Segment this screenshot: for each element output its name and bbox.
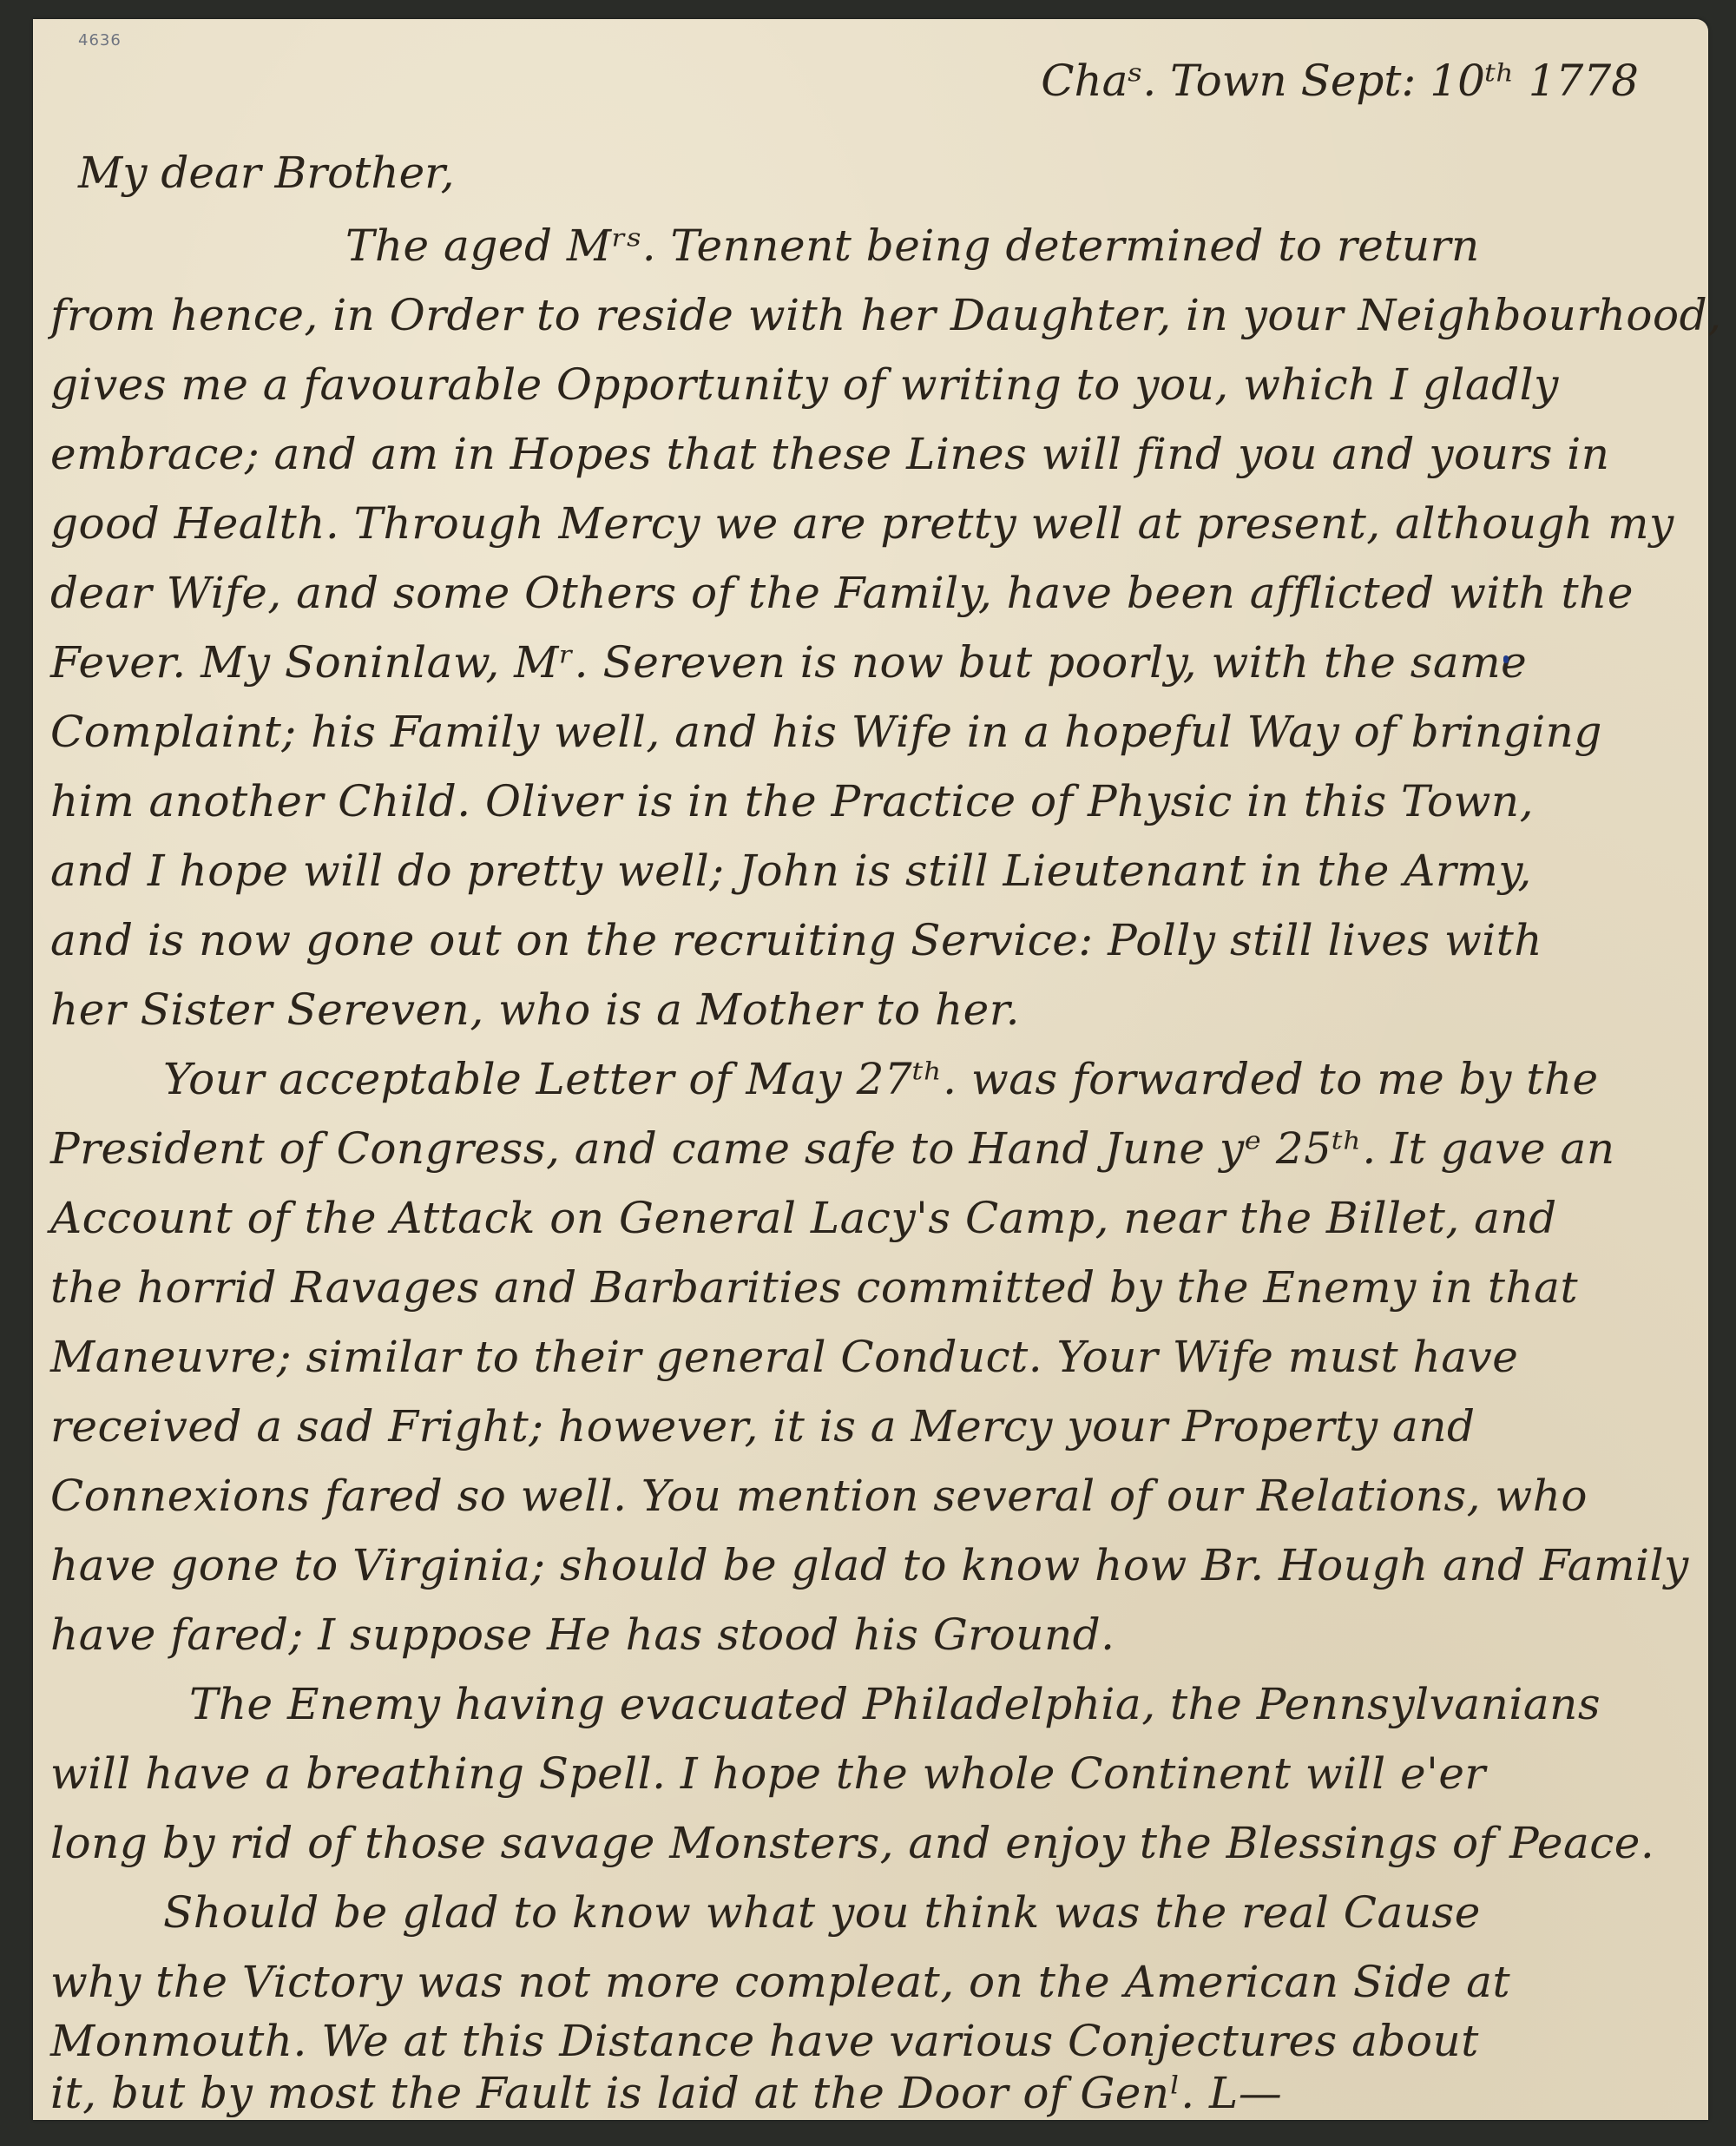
letter-line: from hence, in Order to reside with her … [50,290,1722,340]
letter-line: good Health. Through Mercy we are pretty… [50,498,1674,549]
letter-line: him another Child. Oliver is in the Prac… [50,776,1534,826]
letter-line: her Sister Sereven, who is a Mother to h… [50,984,1020,1035]
letter-line: why the Victory was not more compleat, o… [50,1957,1510,2007]
letter-line: Connexions fared so well. You mention se… [50,1471,1588,1521]
letter-line: The Enemy having evacuated Philadelphia,… [189,1679,1601,1729]
letter-line: embrace; and am in Hopes that these Line… [50,429,1610,479]
letter-line: The aged Mʳˢ. Tennent being determined t… [345,221,1480,271]
letter-line: Complaint; his Family well, and his Wife… [50,707,1602,757]
letter-body: The aged Mʳˢ. Tennent being determined t… [33,19,1708,2120]
letter-line: Fever. My Soninlaw, Mʳ. Sereven is now b… [50,637,1527,688]
ink-spot [1503,655,1509,663]
letter-line: received a sad Fright; however, it is a … [50,1401,1476,1452]
letter-line: Should be glad to know what you think wa… [163,1887,1481,1938]
letter-line: dear Wife, and some Others of the Family… [50,568,1634,618]
letter-line: Maneuvre; similar to their general Condu… [50,1332,1518,1382]
letter-line: gives me a favourable Opportunity of wri… [50,359,1559,410]
letter-page: 4636 Chaˢ. Town Sept: 10ᵗʰ 1778 My dear … [33,19,1708,2120]
letter-line: have gone to Virginia; should be glad to… [50,1540,1689,1590]
letter-line: and I hope will do pretty well; John is … [50,846,1532,896]
letter-line: Your acceptable Letter of May 27ᵗʰ. was … [163,1054,1599,1104]
letter-line: it, but by most the Fault is laid at the… [50,2068,1282,2118]
letter-line: have fared; I suppose He has stood his G… [50,1609,1115,1660]
letter-line: Account of the Attack on General Lacy's … [50,1193,1557,1243]
letter-line: and is now gone out on the recruiting Se… [50,915,1542,965]
letter-line: President of Congress, and came safe to … [50,1123,1615,1174]
letter-line: will have a breathing Spell. I hope the … [50,1748,1486,1799]
letter-line: long by rid of those savage Monsters, an… [50,1818,1654,1868]
letter-line: the horrid Ravages and Barbarities commi… [50,1262,1578,1313]
letter-line: Monmouth. We at this Distance have vario… [50,2016,1479,2066]
scan-backdrop: 4636 Chaˢ. Town Sept: 10ᵗʰ 1778 My dear … [0,0,1736,2146]
